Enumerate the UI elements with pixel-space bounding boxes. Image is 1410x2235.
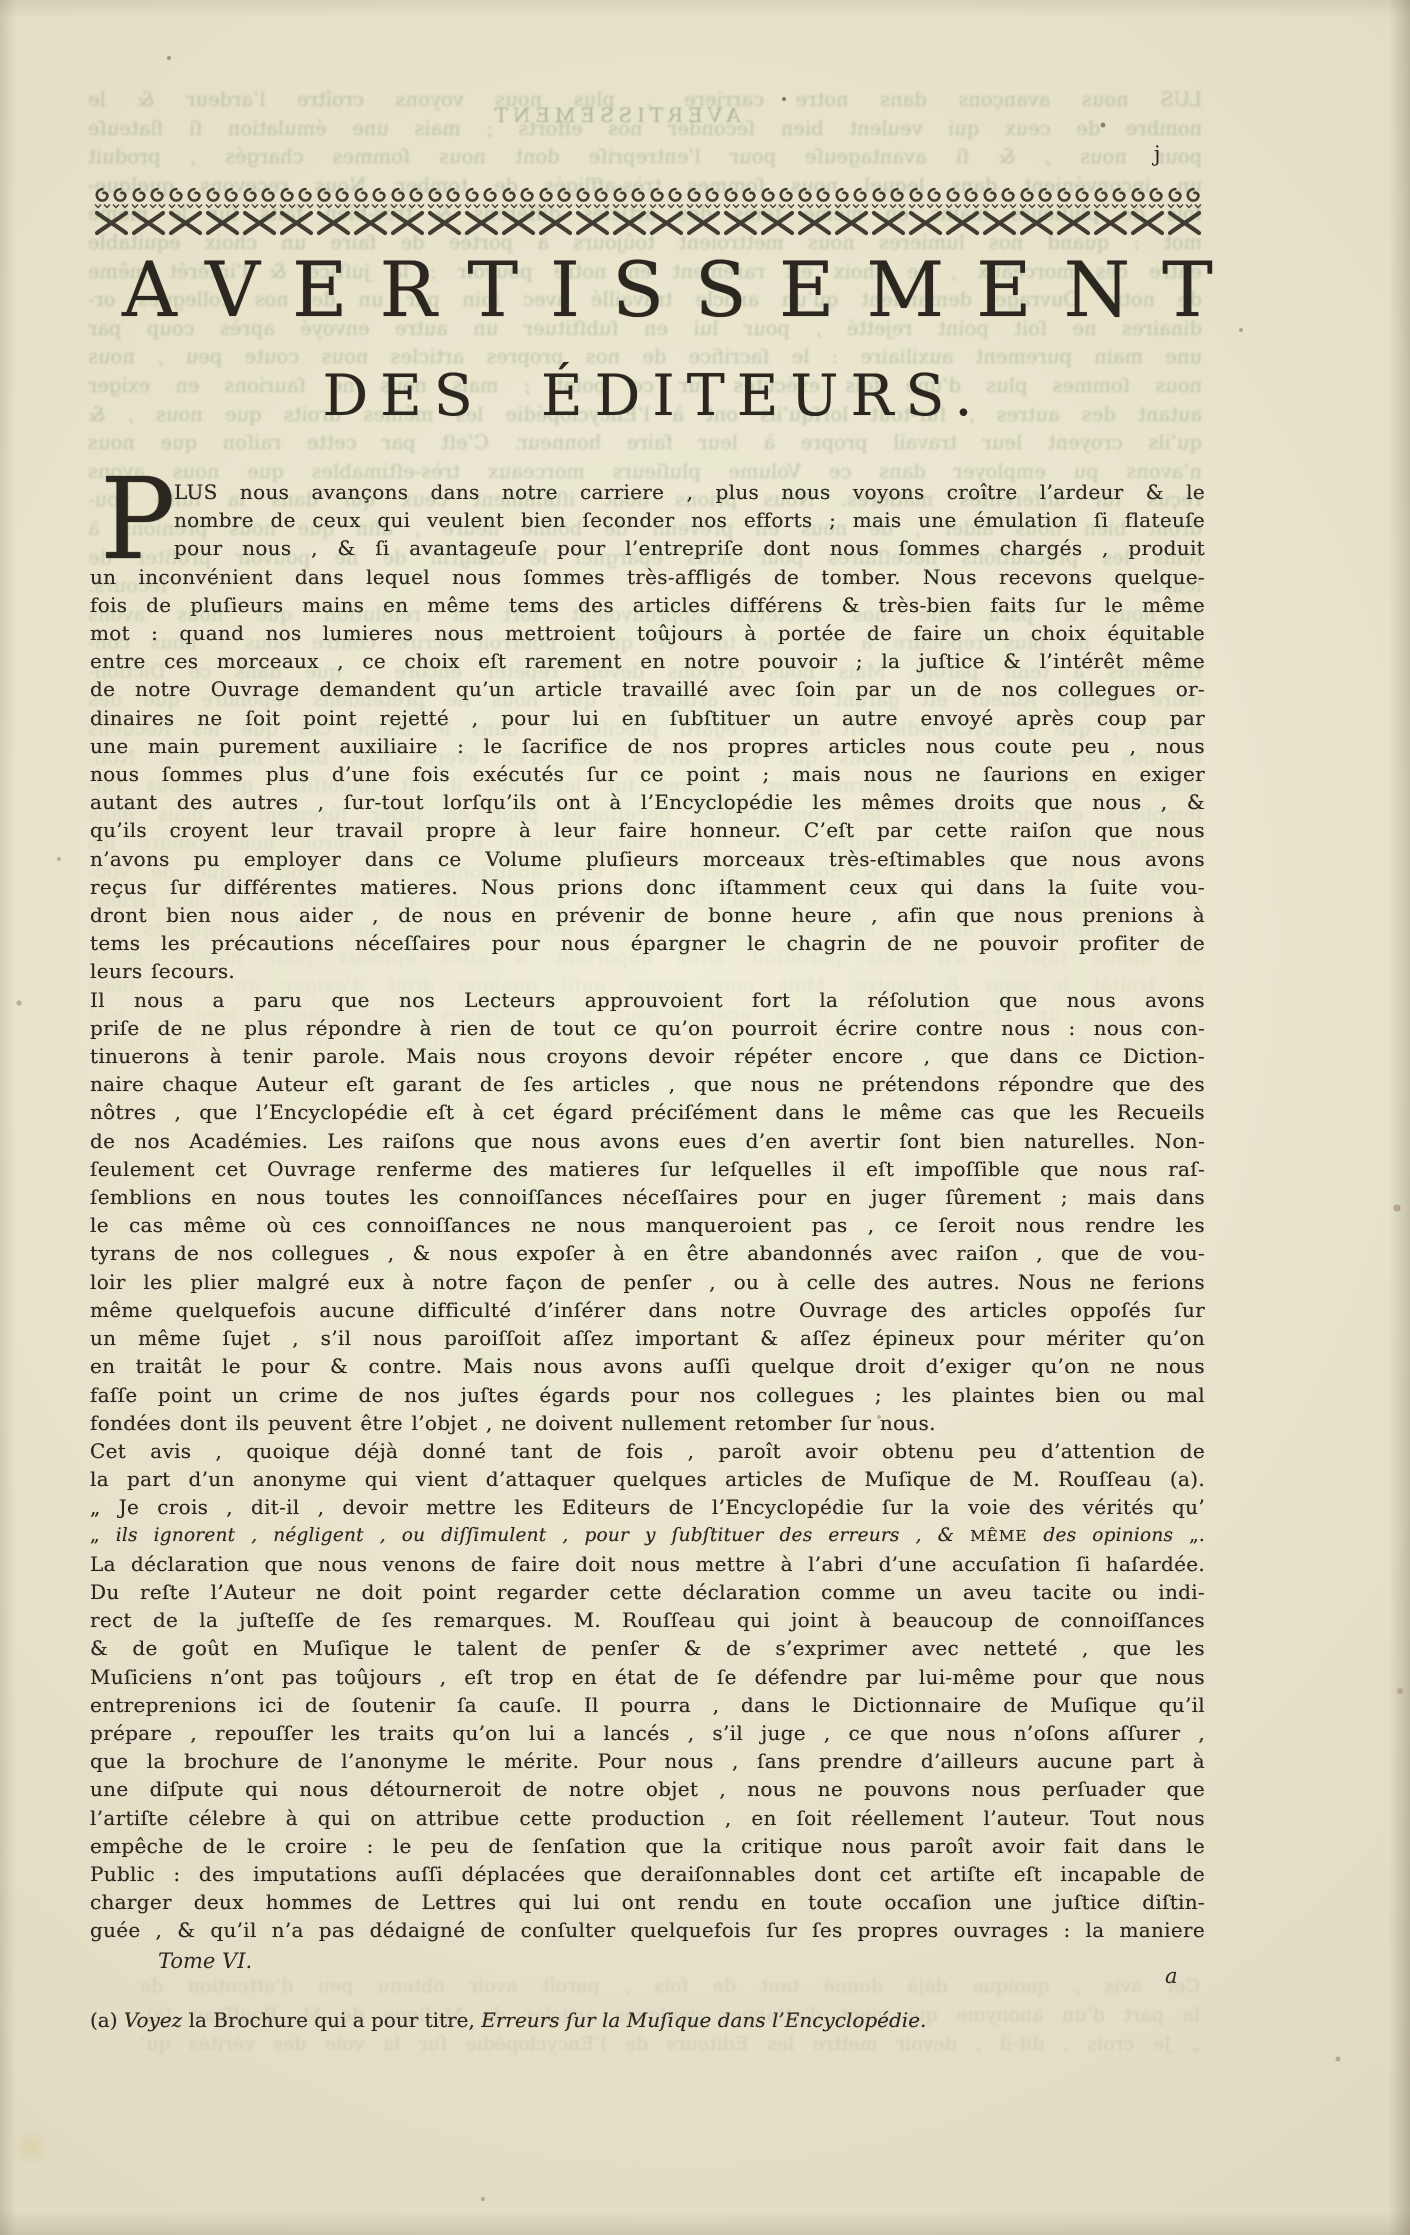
- quoted-italic-line: „ ils ignorent , négligent , ou diſſimul…: [90, 1522, 1205, 1550]
- paragraph: Il nous a paru que nos Lecteurs approuvo…: [90, 986, 1205, 1437]
- text-line: en traitât le pour & contre. Mais nous a…: [90, 1352, 1205, 1380]
- text-line: „ Je crois , dit-il , devoir mettre les …: [90, 1493, 1205, 1521]
- bleed-text-line: nombre de ceux qui veulent bien ſeconder…: [88, 115, 1202, 144]
- bleed-through-running-title: AVERTISSEMENT: [430, 103, 800, 127]
- paragraph: P LUS nous avançons dans notre carriere …: [90, 478, 1205, 986]
- bleed-text-line: „ Je crois , dit-il , devoir mettre les …: [140, 2030, 1200, 2059]
- text-line: une diſpute qui nous détourneroit de not…: [90, 1775, 1205, 1803]
- footnote-marker: (a): [90, 2008, 124, 2032]
- quote-close-mark: „.: [1173, 1525, 1205, 1546]
- footnote-lead: Voyez: [124, 2008, 182, 2032]
- text-line: qu’ils croyent leur travail propre à leu…: [90, 816, 1205, 844]
- text-line: reçus ſur différentes matieres. Nous pri…: [90, 873, 1205, 901]
- text-line: Du reſte l’Auteur ne doit point regarder…: [90, 1578, 1205, 1606]
- text-line: La déclaration que nous venons de faire …: [90, 1550, 1205, 1578]
- paragraph-lines: LUS nous avançons dans notre carriere , …: [90, 478, 1205, 986]
- text-line: dinaires ne ſoit point rejetté , pour lu…: [90, 704, 1205, 732]
- text-line: LUS nous avançons dans notre carriere , …: [90, 478, 1205, 506]
- text-line: nombre de ceux qui veulent bien ſeconder…: [90, 506, 1205, 534]
- text-line: ſeulement cet Ouvrage renferme des matie…: [90, 1155, 1205, 1183]
- text-line: n’avons pu employer dans ce Volume pluſi…: [90, 845, 1205, 873]
- paragraph-lines: La déclaration que nous venons de faire …: [90, 1550, 1205, 1945]
- text-line: & de goût en Muſique le talent de penſer…: [90, 1634, 1205, 1662]
- quote-italic-text: des opinions: [1027, 1525, 1173, 1546]
- paragraph: Cet avis , quoique déjà donné tant de fo…: [90, 1437, 1205, 1945]
- text-line: empêche de le croire : le peu de ſenſati…: [90, 1832, 1205, 1860]
- bleed-text-line: pour nous , & ſi avantageuſe pour l’entr…: [88, 143, 1202, 172]
- page-subtitle: DES ÉDITEURS.: [90, 368, 1205, 425]
- text-line: fondées dont ils peuvent être l’objet , …: [90, 1409, 1205, 1437]
- tome-signature: Tome VI.: [158, 1949, 252, 1973]
- text-line: l’artiſte célebre à qui on attribue cett…: [90, 1804, 1205, 1832]
- text-line: Il nous a paru que nos Lecteurs approuvo…: [90, 986, 1205, 1014]
- bleed-text-line: qu’ils croyent leur travail propre à leu…: [88, 429, 1202, 458]
- text-line: même quelquefois aucune difficulté d’inſ…: [90, 1296, 1205, 1324]
- text-line: de nos Académies. Les raiſons que nous a…: [90, 1127, 1205, 1155]
- text-line: la part d’un anonyme qui vient d’attaque…: [90, 1465, 1205, 1493]
- paper-specks: [0, 0, 2, 2]
- text-line: Cet avis , quoique déjà donné tant de fo…: [90, 1437, 1205, 1465]
- text-line: guée , & qu’il n’a pas dédaigné de conſu…: [90, 1916, 1205, 1944]
- quote-smallcaps-word: MÊME: [970, 1527, 1027, 1545]
- text-line: entreprenions ici de ſoutenir ſa cauſe. …: [90, 1691, 1205, 1719]
- text-line: rect de la juſteſſe de ſes remarques. M.…: [90, 1606, 1205, 1634]
- footnote: (a) Voyez la Brochure qui a pour titre, …: [90, 2006, 1205, 2034]
- drop-cap: P: [100, 480, 166, 560]
- text-line: le cas même où ces connoiſſances ne nous…: [90, 1211, 1205, 1239]
- text-line: tinuerons à tenir parole. Mais nous croy…: [90, 1042, 1205, 1070]
- quote-italic-text: ils ignorent , négligent , ou diſſimulen…: [116, 1525, 971, 1546]
- text-line: naire chaque Auteur eſt garant de ſes ar…: [90, 1070, 1205, 1098]
- text-line: prépare , repouſſer les traits qu’on lui…: [90, 1719, 1205, 1747]
- page-number: j: [1154, 142, 1161, 166]
- text-line: loir les plier malgré eux à notre façon …: [90, 1268, 1205, 1296]
- text-line: pour nous , & ſi avantageuſe pour l’entr…: [90, 534, 1205, 562]
- text-line: nous ſommes plus d’une fois exécutés ſur…: [90, 760, 1205, 788]
- text-line: un même ſujet , s’il nous paroiſſoit aſſ…: [90, 1324, 1205, 1352]
- quote-open-mark: „: [90, 1525, 116, 1546]
- fleuron-ornament-band: [93, 186, 1203, 236]
- footnote-cited-title: Erreurs ſur la Muſique dans l’Encyclopéd…: [481, 2008, 926, 2032]
- text-line: charger deux hommes de Lettres qui lui o…: [90, 1888, 1205, 1916]
- text-line: faſſe point un crime de nos juſtes égard…: [90, 1381, 1205, 1409]
- text-line: nôtres , que l’Encyclopédie eſt à cet ég…: [90, 1098, 1205, 1126]
- bleed-text-line: Cet avis , quoique déjà donné tant de fo…: [140, 1972, 1200, 2001]
- text-line: entre ces morceaux , ce choix eſt rareme…: [90, 647, 1205, 675]
- footnote-text: la Brochure qui a pour titre,: [182, 2008, 481, 2032]
- text-line: Muſiciens n’ont pas toûjours , eſt trop …: [90, 1663, 1205, 1691]
- scanned-book-page: AVERTISSEMENT LUS nous avançons dans not…: [0, 0, 1410, 2235]
- text-line: une main purement auxiliaire : le ſacrif…: [90, 732, 1205, 760]
- page-title: AVERTISSEMENT: [90, 252, 1205, 328]
- text-line: tems les précautions néceſſaires pour no…: [90, 929, 1205, 957]
- text-line: dront bien nous aider , de nous en préve…: [90, 901, 1205, 929]
- text-line: leurs ſecours.: [90, 957, 1205, 985]
- text-line: priſe de ne plus répondre à rien de tout…: [90, 1014, 1205, 1042]
- text-line: fois de pluſieurs mains en même tems des…: [90, 591, 1205, 619]
- catchword: a: [1165, 1964, 1178, 1988]
- text-line: un inconvénient dans lequel nous ſommes …: [90, 563, 1205, 591]
- paragraph-lines: Il nous a paru que nos Lecteurs approuvo…: [90, 986, 1205, 1437]
- text-line: ſemblions en nous toutes les connoiſſanc…: [90, 1183, 1205, 1211]
- text-line: autant des autres , ſur-tout lorſqu’ils …: [90, 788, 1205, 816]
- paragraph-lines: Cet avis , quoique déjà donné tant de fo…: [90, 1437, 1205, 1522]
- bleed-text-line: LUS nous avançons dans notre carriere , …: [88, 86, 1202, 115]
- body-text: P LUS nous avançons dans notre carriere …: [90, 478, 1205, 1945]
- text-line: que la brochure de l’anonyme le mérite. …: [90, 1747, 1205, 1775]
- text-line: tyrans de nos collegues , & nous expoſer…: [90, 1239, 1205, 1267]
- text-line: de notre Ouvrage demandent qu’un article…: [90, 675, 1205, 703]
- text-line: Public : des imputations auſſi déplacées…: [90, 1860, 1205, 1888]
- text-line: mot : quand nos lumieres nous mettroient…: [90, 619, 1205, 647]
